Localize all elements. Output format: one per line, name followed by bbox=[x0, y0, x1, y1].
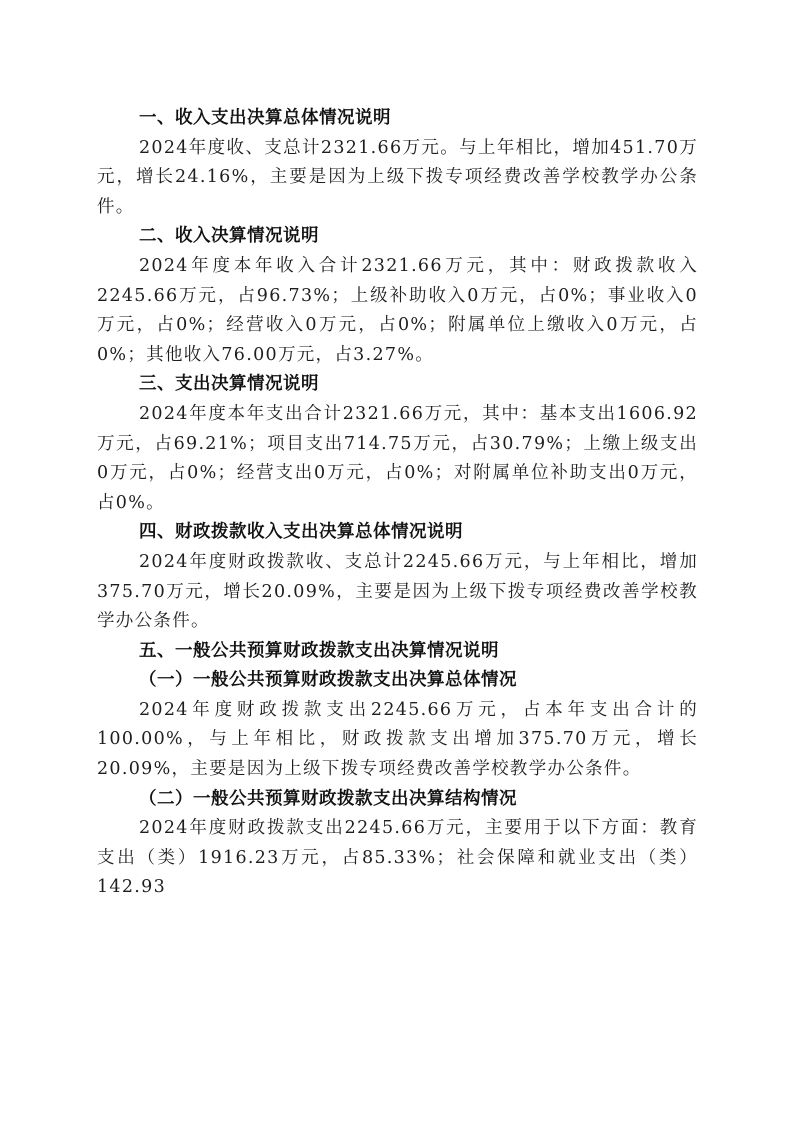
section-heading-income: 二、收入决算情况说明 bbox=[97, 222, 698, 252]
subsection-body-budget-structure: 2024年度财政拨款支出2245.66万元，主要用于以下方面：教育支出（类）19… bbox=[97, 814, 698, 903]
section-heading-general-public-budget: 五、一般公共预算财政拨款支出决算情况说明 bbox=[97, 637, 698, 667]
subsection-body-budget-overall: 2024年度财政拨款支出2245.66万元，占本年支出合计的100.00%，与上… bbox=[97, 696, 698, 785]
subsection-heading-budget-overall: （一）一般公共预算财政拨款支出决算总体情况 bbox=[97, 666, 698, 696]
section-body-fiscal-appropriation-overview: 2024年度财政拨款收、支总计2245.66万元，与上年相比，增加375.70万… bbox=[97, 548, 698, 637]
section-body-expense: 2024年度本年支出合计2321.66万元，其中：基本支出1606.92万元，占… bbox=[97, 400, 698, 518]
section-heading-income-expense-overview: 一、收入支出决算总体情况说明 bbox=[97, 104, 698, 134]
subsection-heading-budget-structure: （二）一般公共预算财政拨款支出决算结构情况 bbox=[97, 785, 698, 815]
document-page: 一、收入支出决算总体情况说明 2024年度收、支总计2321.66万元。与上年相… bbox=[97, 104, 698, 903]
section-body-income-expense-overview: 2024年度收、支总计2321.66万元。与上年相比，增加451.70万元，增长… bbox=[97, 134, 698, 223]
section-body-income: 2024年度本年收入合计2321.66万元，其中：财政拨款收入2245.66万元… bbox=[97, 252, 698, 370]
section-heading-fiscal-appropriation-overview: 四、财政拨款收入支出决算总体情况说明 bbox=[97, 518, 698, 548]
section-heading-expense: 三、支出决算情况说明 bbox=[97, 370, 698, 400]
